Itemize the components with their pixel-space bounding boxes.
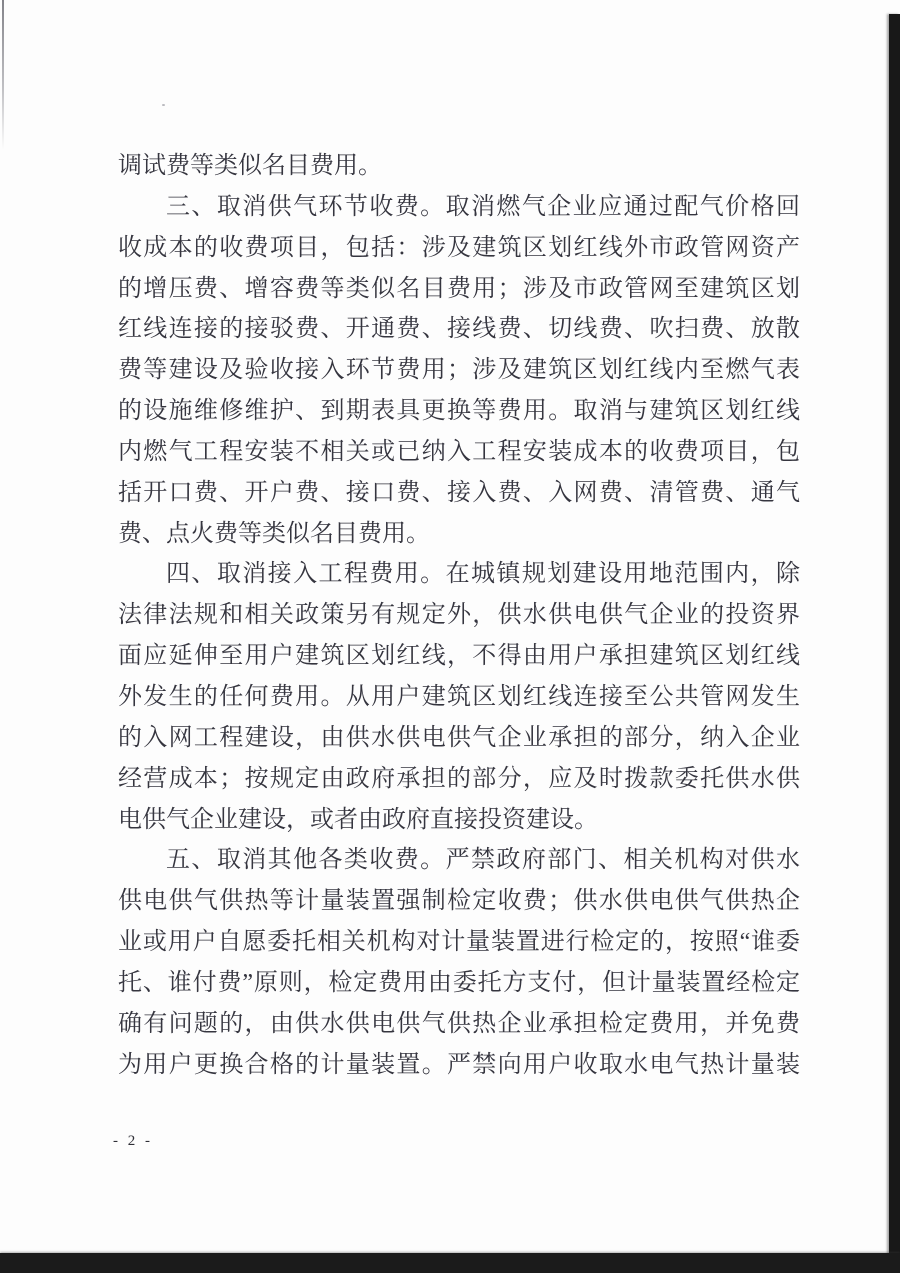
text-line: 的设施维修维护、到期表具更换等费用。取消与建筑区划红线 xyxy=(118,391,800,432)
scan-speck xyxy=(162,104,165,106)
text-line: 五、取消其他各类收费。严禁政府部门、相关机构对供水 xyxy=(118,840,800,881)
text-line: 的入网工程建设，由供水供电供气企业承担的部分，纳入企业 xyxy=(118,718,800,759)
text-line: 红线连接的接驳费、开通费、接线费、切线费、吹扫费、放散 xyxy=(118,309,800,350)
text-line: 费等建设及验收接入环节费用；涉及建筑区划红线内至燃气表 xyxy=(118,350,800,391)
text-line: 外发生的任何费用。从用户建筑区划红线连接至公共管网发生 xyxy=(118,677,800,718)
text-line: 托、谁付费”原则，检定费用由委托方支付，但计量装置经检定 xyxy=(118,963,800,1004)
scan-border-right xyxy=(889,14,900,1273)
text-line: 费、点火费等类似名目费用。 xyxy=(118,514,800,555)
text-line: 确有问题的，由供水供电供气供热企业承担检定费用，并免费 xyxy=(118,1004,800,1045)
text-line: 收成本的收费项目，包括：涉及建筑区划红线外市政管网资产 xyxy=(118,228,800,269)
text-line: 面应延伸至用户建筑区划红线，不得由用户承担建筑区划红线 xyxy=(118,636,800,677)
scan-border-bottom xyxy=(0,1253,900,1273)
text-line: 括开口费、开户费、接口费、接入费、入网费、清管费、通气 xyxy=(118,473,800,514)
text-line: 内燃气工程安装不相关或已纳入工程安装成本的收费项目，包 xyxy=(118,432,800,473)
page-number: - 2 - xyxy=(113,1133,153,1150)
text-line: 四、取消接入工程费用。在城镇规划建设用地范围内，除 xyxy=(118,554,800,595)
text-line: 调试费等类似名目费用。 xyxy=(118,146,800,187)
text-line: 为用户更换合格的计量装置。严禁向用户收取水电气热计量装 xyxy=(118,1045,800,1086)
scanned-document-page: 调试费等类似名目费用。三、取消供气环节收费。取消燃气企业应通过配气价格回收成本的… xyxy=(0,0,900,1273)
text-line: 业或用户自愿委托相关机构对计量装置进行检定的，按照“谁委 xyxy=(118,922,800,963)
text-line: 三、取消供气环节收费。取消燃气企业应通过配气价格回 xyxy=(118,187,800,228)
text-line: 电供气企业建设，或者由政府直接投资建设。 xyxy=(118,800,800,841)
scan-edge-artifact-left xyxy=(2,0,4,150)
text-line: 供电供气供热等计量装置强制检定收费；供水供电供气供热企 xyxy=(118,881,800,922)
document-body: 调试费等类似名目费用。三、取消供气环节收费。取消燃气企业应通过配气价格回收成本的… xyxy=(118,146,800,1085)
text-line: 法律法规和相关政策另有规定外，供水供电供气企业的投资界 xyxy=(118,595,800,636)
text-line: 的增压费、增容费等类似名目费用；涉及市政管网至建筑区划 xyxy=(118,269,800,310)
text-line: 经营成本；按规定由政府承担的部分，应及时拨款委托供水供 xyxy=(118,759,800,800)
